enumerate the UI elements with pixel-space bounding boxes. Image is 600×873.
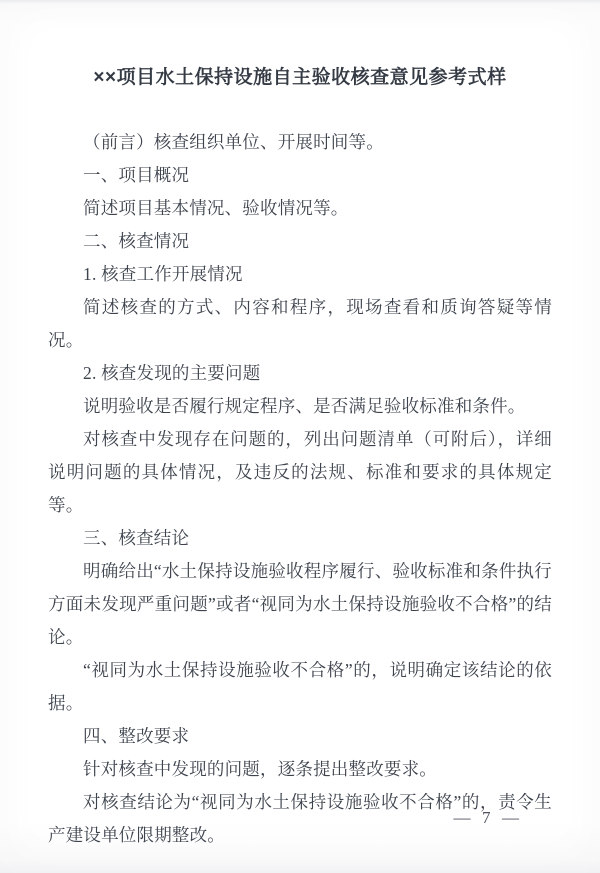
doc-heading: 三、核查结论 [48, 522, 552, 555]
doc-heading: 二、核查情况 [48, 225, 552, 258]
document-page: ××项目水土保持设施自主验收核查意见参考式样 （前言）核查组织单位、开展时间等。… [0, 0, 600, 873]
doc-heading: 一、项目概况 [48, 159, 552, 192]
doc-para: （前言）核查组织单位、开展时间等。 [48, 126, 552, 159]
doc-subheading: 2. 核查发现的主要问题 [48, 357, 552, 390]
document-content: ××项目水土保持设施自主验收核查意见参考式样 （前言）核查组织单位、开展时间等。… [48, 62, 552, 852]
document-body: （前言）核查组织单位、开展时间等。一、项目概况简述项目基本情况、验收情况等。二、… [48, 126, 552, 852]
doc-heading: 四、整改要求 [48, 720, 552, 753]
doc-para: 简述核查的方式、内容和程序，现场查看和质询答疑等情况。 [48, 291, 552, 357]
doc-para: “视同为水土保持设施验收不合格”的，说明确定该结论的依据。 [48, 654, 552, 720]
doc-para: 明确给出“水土保持设施验收程序履行、验收标准和条件执行方面未发现严重问题”或者“… [48, 555, 552, 654]
doc-para: 针对核查中发现的问题，逐条提出整改要求。 [48, 753, 552, 786]
doc-para: 对核查中发现存在问题的，列出问题清单（可附后），详细说明问题的具体情况，及违反的… [48, 423, 552, 522]
page-number: — 7 — [454, 801, 521, 834]
document-title: ××项目水土保持设施自主验收核查意见参考式样 [48, 62, 552, 94]
doc-para: 简述项目基本情况、验收情况等。 [48, 192, 552, 225]
doc-para: 说明验收是否履行规定程序、是否满足验收标准和条件。 [48, 390, 552, 423]
doc-subheading: 1. 核查工作开展情况 [48, 258, 552, 291]
